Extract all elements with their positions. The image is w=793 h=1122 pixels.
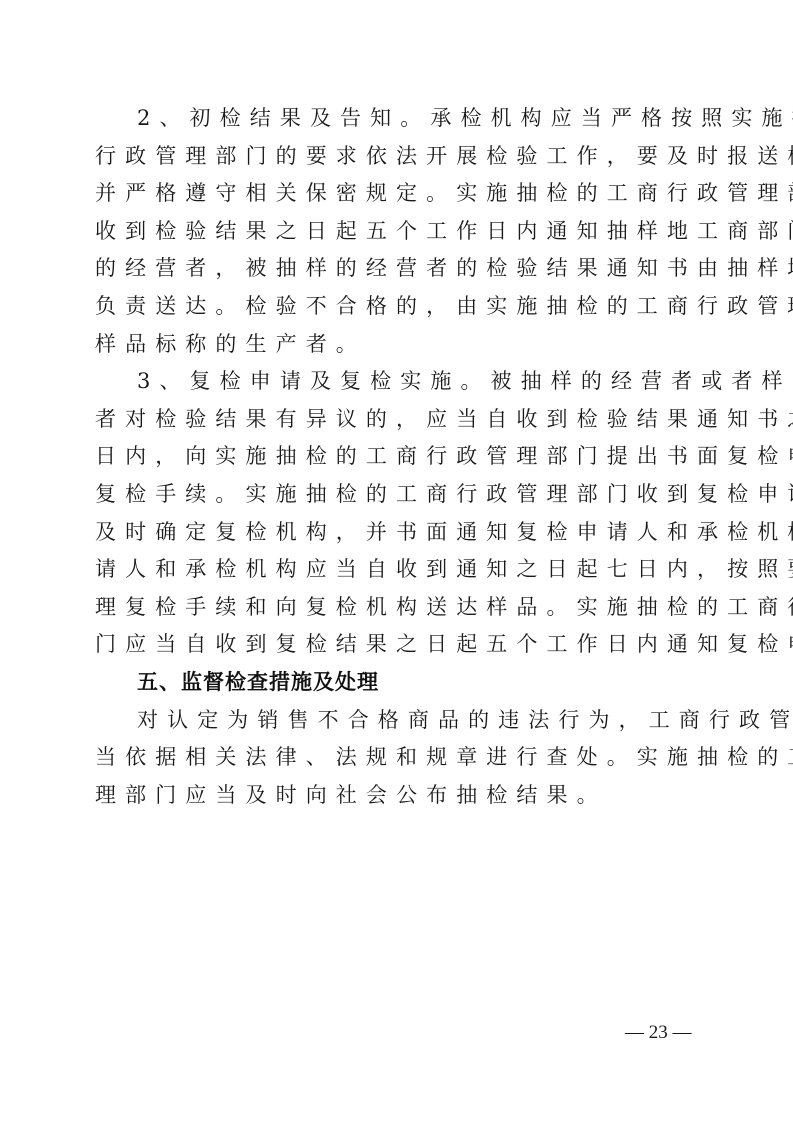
text-line: 日内，向实施抽检的工商行政管理部门提出书面复检申请并办理 bbox=[95, 438, 707, 476]
paragraph-re-inspection: 3、复检申请及复检实施。被抽样的经营者或者样品标称生产 者对检验结果有异议的，应… bbox=[95, 363, 707, 664]
document-page: 2、初检结果及告知。承检机构应当严格按照实施抽检的工商 行政管理部门的要求依法开… bbox=[0, 0, 793, 1122]
text-line: 行政管理部门的要求依法开展检验工作，要及时报送检验结果， bbox=[95, 138, 707, 176]
text-line: 请人和承检机构应当自收到通知之日起七日内，按照要求分别办 bbox=[95, 551, 707, 589]
text-line: 及时确定复检机构，并书面通知复检申请人和承检机构。复检申 bbox=[95, 514, 707, 552]
text-line: 2、初检结果及告知。承检机构应当严格按照实施抽检的工商 bbox=[95, 100, 707, 138]
text-line: 门应当自收到复检结果之日起五个工作日内通知复检申请人。 bbox=[95, 626, 707, 664]
text-line: 的经营者，被抽样的经营者的检验结果通知书由抽样地工商部门 bbox=[95, 250, 707, 288]
page-number: — 23 — bbox=[625, 1022, 692, 1044]
document-body: 2、初检结果及告知。承检机构应当严格按照实施抽检的工商 行政管理部门的要求依法开… bbox=[95, 100, 707, 814]
text-line: 并严格遵守相关保密规定。实施抽检的工商行政管理部门应当自 bbox=[95, 175, 707, 213]
text-line: 理复检手续和向复检机构送达样品。实施抽检的工商行政管理部 bbox=[95, 589, 707, 627]
text-line: 收到检验结果之日起五个工作日内通知抽样地工商部门和被抽样 bbox=[95, 213, 707, 251]
text-line: 理部门应当及时向社会公布抽检结果。 bbox=[95, 777, 707, 815]
heading-text: 五、监督检查措施及处理 bbox=[95, 664, 707, 702]
text-line: 3、复检申请及复检实施。被抽样的经营者或者样品标称生产 bbox=[95, 363, 707, 401]
text-line: 负责送达。检验不合格的，由实施抽检的工商行政管理部门通知 bbox=[95, 288, 707, 326]
text-line: 对认定为销售不合格商品的违法行为，工商行政管理部门应 bbox=[95, 702, 707, 740]
text-line: 当依据相关法律、法规和规章进行查处。实施抽检的工商行政管 bbox=[95, 739, 707, 777]
section-heading: 五、监督检查措施及处理 bbox=[95, 664, 707, 702]
paragraph-initial-inspection: 2、初检结果及告知。承检机构应当严格按照实施抽检的工商 行政管理部门的要求依法开… bbox=[95, 100, 707, 363]
text-line: 样品标称的生产者。 bbox=[95, 326, 707, 364]
text-line: 者对检验结果有异议的，应当自收到检验结果通知书之日起十五 bbox=[95, 401, 707, 439]
paragraph-supervision: 对认定为销售不合格商品的违法行为，工商行政管理部门应 当依据相关法律、法规和规章… bbox=[95, 702, 707, 815]
text-line: 复检手续。实施抽检的工商行政管理部门收到复检申请后，应当 bbox=[95, 476, 707, 514]
